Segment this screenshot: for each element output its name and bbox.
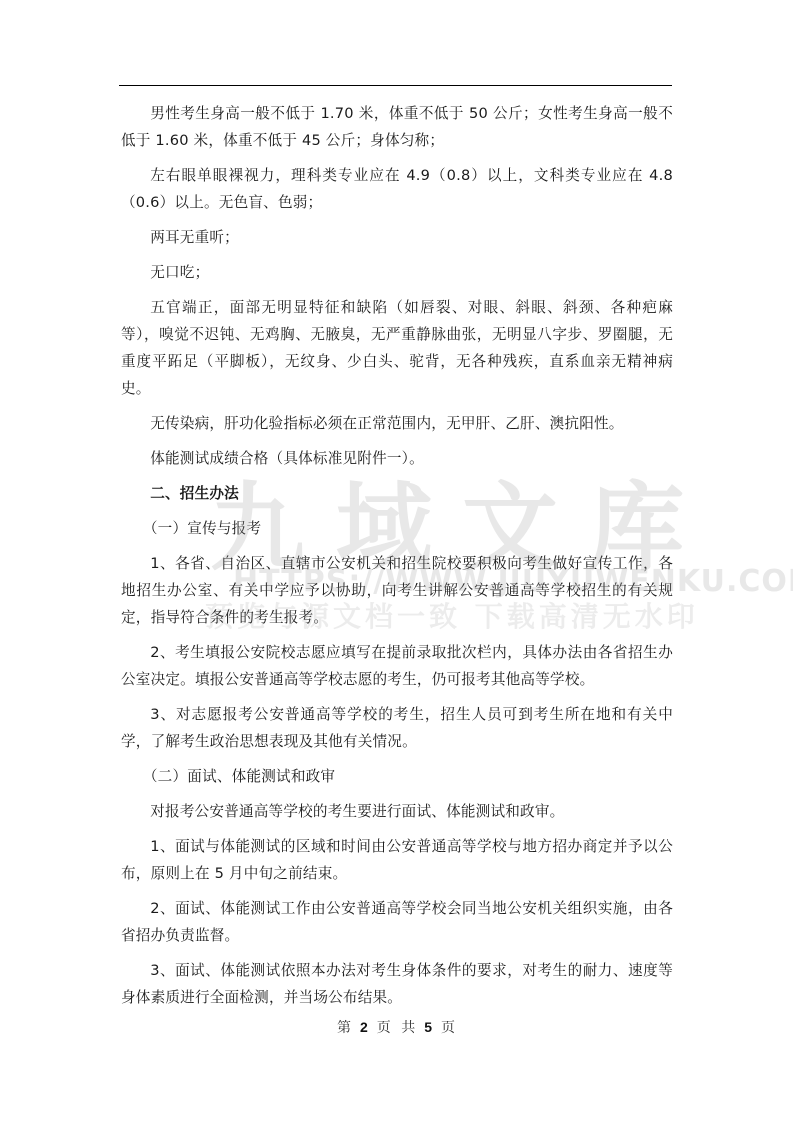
paragraph-interview-2: 2、面试、体能测试工作由公安普通高等学校会同当地公安机关组织实施，由各省招办负责… xyxy=(121,895,673,949)
header-rule xyxy=(119,85,672,86)
total-page-count: 5 xyxy=(424,1019,433,1035)
paragraph-height-weight: 男性考生身高一般不低于 1.70 米，体重不低于 50 公斤；女性考生身高一般不… xyxy=(121,100,673,154)
footer-total-prefix: 共 xyxy=(401,1020,416,1036)
paragraph-publicity-1: 1、各省、自治区、直辖市公安机关和招生院校要积极向考生做好宣传工作，各地招生办公… xyxy=(121,550,673,631)
section-heading-admission-methods: 二、招生办法 xyxy=(121,480,673,507)
footer-prefix: 第 xyxy=(337,1020,352,1036)
paragraph-interview-intro: 对报考公安普通高等学校的考生要进行面试、体能测试和政审。 xyxy=(121,798,673,825)
paragraph-appearance: 五官端正，面部无明显特征和缺陷（如唇裂、对眼、斜眼、斜颈、各种疤麻等），嗅觉不迟… xyxy=(121,294,673,402)
paragraph-interview-3: 3、面试、体能测试依照本办法对考生身体条件的要求，对考生的耐力、速度等身体素质进… xyxy=(121,957,673,1011)
paragraph-fitness-test: 体能测试成绩合格（具体标准见附件一）。 xyxy=(121,445,673,472)
page-footer: 第2页 共5页 xyxy=(0,1017,793,1037)
paragraph-publicity-2: 2、考生填报公安院校志愿应填写在提前录取批次栏内，具体办法由各省招生办公室决定。… xyxy=(121,639,673,693)
document-page: 男性考生身高一般不低于 1.70 米，体重不低于 50 公斤；女性考生身高一般不… xyxy=(0,0,793,1122)
footer-suffix: 页 xyxy=(441,1020,456,1036)
subsection-heading-interview: （二）面试、体能测试和政审 xyxy=(121,763,673,790)
paragraph-interview-1: 1、面试与体能测试的区域和时间由公安普通高等学校与地方招办商定并予以公布，原则上… xyxy=(121,833,673,887)
paragraph-publicity-3: 3、对志愿报考公安普通高等学校的考生，招生人员可到考生所在地和有关中学，了解考生… xyxy=(121,701,673,755)
paragraph-vision: 左右眼单眼裸视力，理科类专业应在 4.9（0.8）以上，文科类专业应在 4.8（… xyxy=(121,162,673,216)
current-page-number: 2 xyxy=(360,1019,369,1035)
paragraph-infectious-disease: 无传染病，肝功化验指标必须在正常范围内，无甲肝、乙肝、澳抗阳性。 xyxy=(121,410,673,437)
footer-page-label: 页 xyxy=(377,1020,392,1036)
subsection-heading-publicity: （一）宣传与报考 xyxy=(121,515,673,542)
paragraph-hearing: 两耳无重听； xyxy=(121,224,673,251)
paragraph-stutter: 无口吃； xyxy=(121,259,673,286)
page-content: 男性考生身高一般不低于 1.70 米，体重不低于 50 公斤；女性考生身高一般不… xyxy=(121,100,673,1019)
